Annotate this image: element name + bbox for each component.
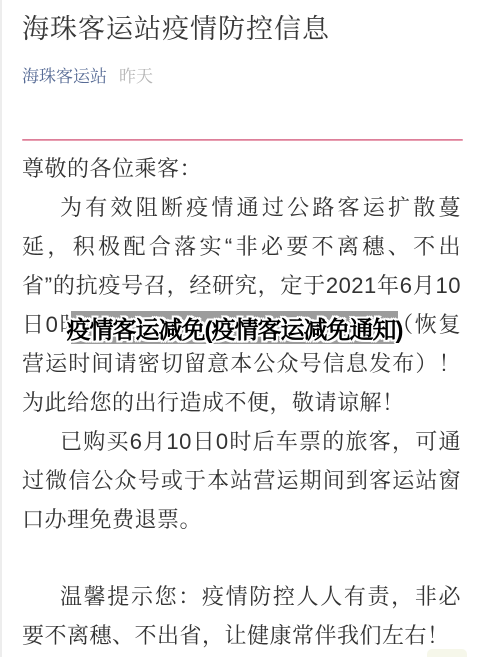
- publish-time: 昨天: [119, 67, 153, 87]
- article-body: 尊敬的各位乘客： 为有效阻断疫情通过公路客运扩散蔓延，积极配合落实“非必要不离穗…: [22, 149, 461, 655]
- account-name-link[interactable]: 海珠客运站: [22, 67, 107, 87]
- watermark-overlay: 疫情客运减免(疫情客运减免通知): [71, 311, 398, 344]
- red-divider: [22, 139, 463, 141]
- article-page: 海珠客运站疫情防控信息 海珠客运站 昨天 尊敬的各位乘客： 为有效阻断疫情通过公…: [0, 0, 481, 657]
- article-title: 海珠客运站疫情防控信息: [22, 0, 461, 47]
- greeting-paragraph: 尊敬的各位乘客：: [22, 149, 461, 188]
- notice-paragraph: 为有效阻断疫情通过公路客运扩散蔓延，积极配合落实“非必要不离穗、不出省”的抗疫号…: [22, 188, 461, 422]
- reminder-paragraph: 温馨提示您：疫情防控人人有责，非必要不离穗、不出省，让健康常伴我们左右！: [22, 577, 461, 655]
- watermark-text: 疫情客运减免(疫情客运减免通知): [67, 310, 403, 345]
- bottom-right-faint-widget: [427, 649, 467, 657]
- byline: 海珠客运站 昨天: [22, 67, 461, 87]
- refund-paragraph: 已购买6月10日0时后车票的旅客，可通过微信公众号或于本站营运期间到客运站窗口办…: [22, 422, 461, 539]
